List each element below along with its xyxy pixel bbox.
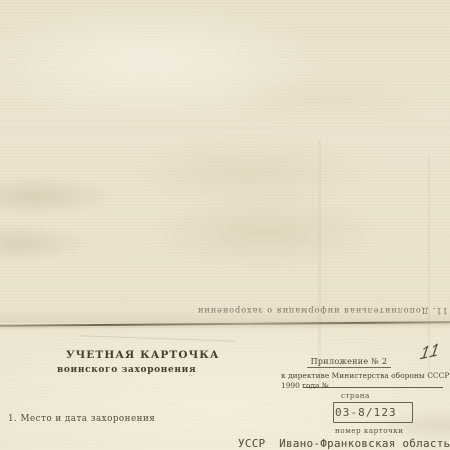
- section-1-label: 1. Место и дата захоронения: [8, 414, 155, 424]
- scanned-burial-registration-card: 11. Дополнительная информация о захороне…: [0, 0, 450, 450]
- card-number-box: 03-8/123: [333, 402, 413, 423]
- annex-number-line: Приложение № 2: [307, 357, 392, 368]
- card-title: УЧЕТНАЯ КАРТОЧКА: [66, 349, 220, 361]
- annex-block: Приложение № 2 к директиве Министерства …: [281, 349, 417, 390]
- annex-year-line: 1990 года №: [281, 381, 417, 390]
- country-label: страна: [341, 391, 370, 400]
- handwritten-page-number: 11: [418, 339, 442, 365]
- card-number-value: 03-8/123: [334, 403, 412, 422]
- location-typed-line: УССР Ивано-Франковская область: [238, 437, 450, 450]
- card-subtitle: воинского захоронения: [57, 365, 196, 375]
- card-number-label: номер карточки: [335, 426, 404, 435]
- country-line-rule: [304, 387, 443, 388]
- faint-crease: [80, 335, 235, 341]
- annex-directive-line: к директиве Министерства обороны СССР: [281, 371, 417, 380]
